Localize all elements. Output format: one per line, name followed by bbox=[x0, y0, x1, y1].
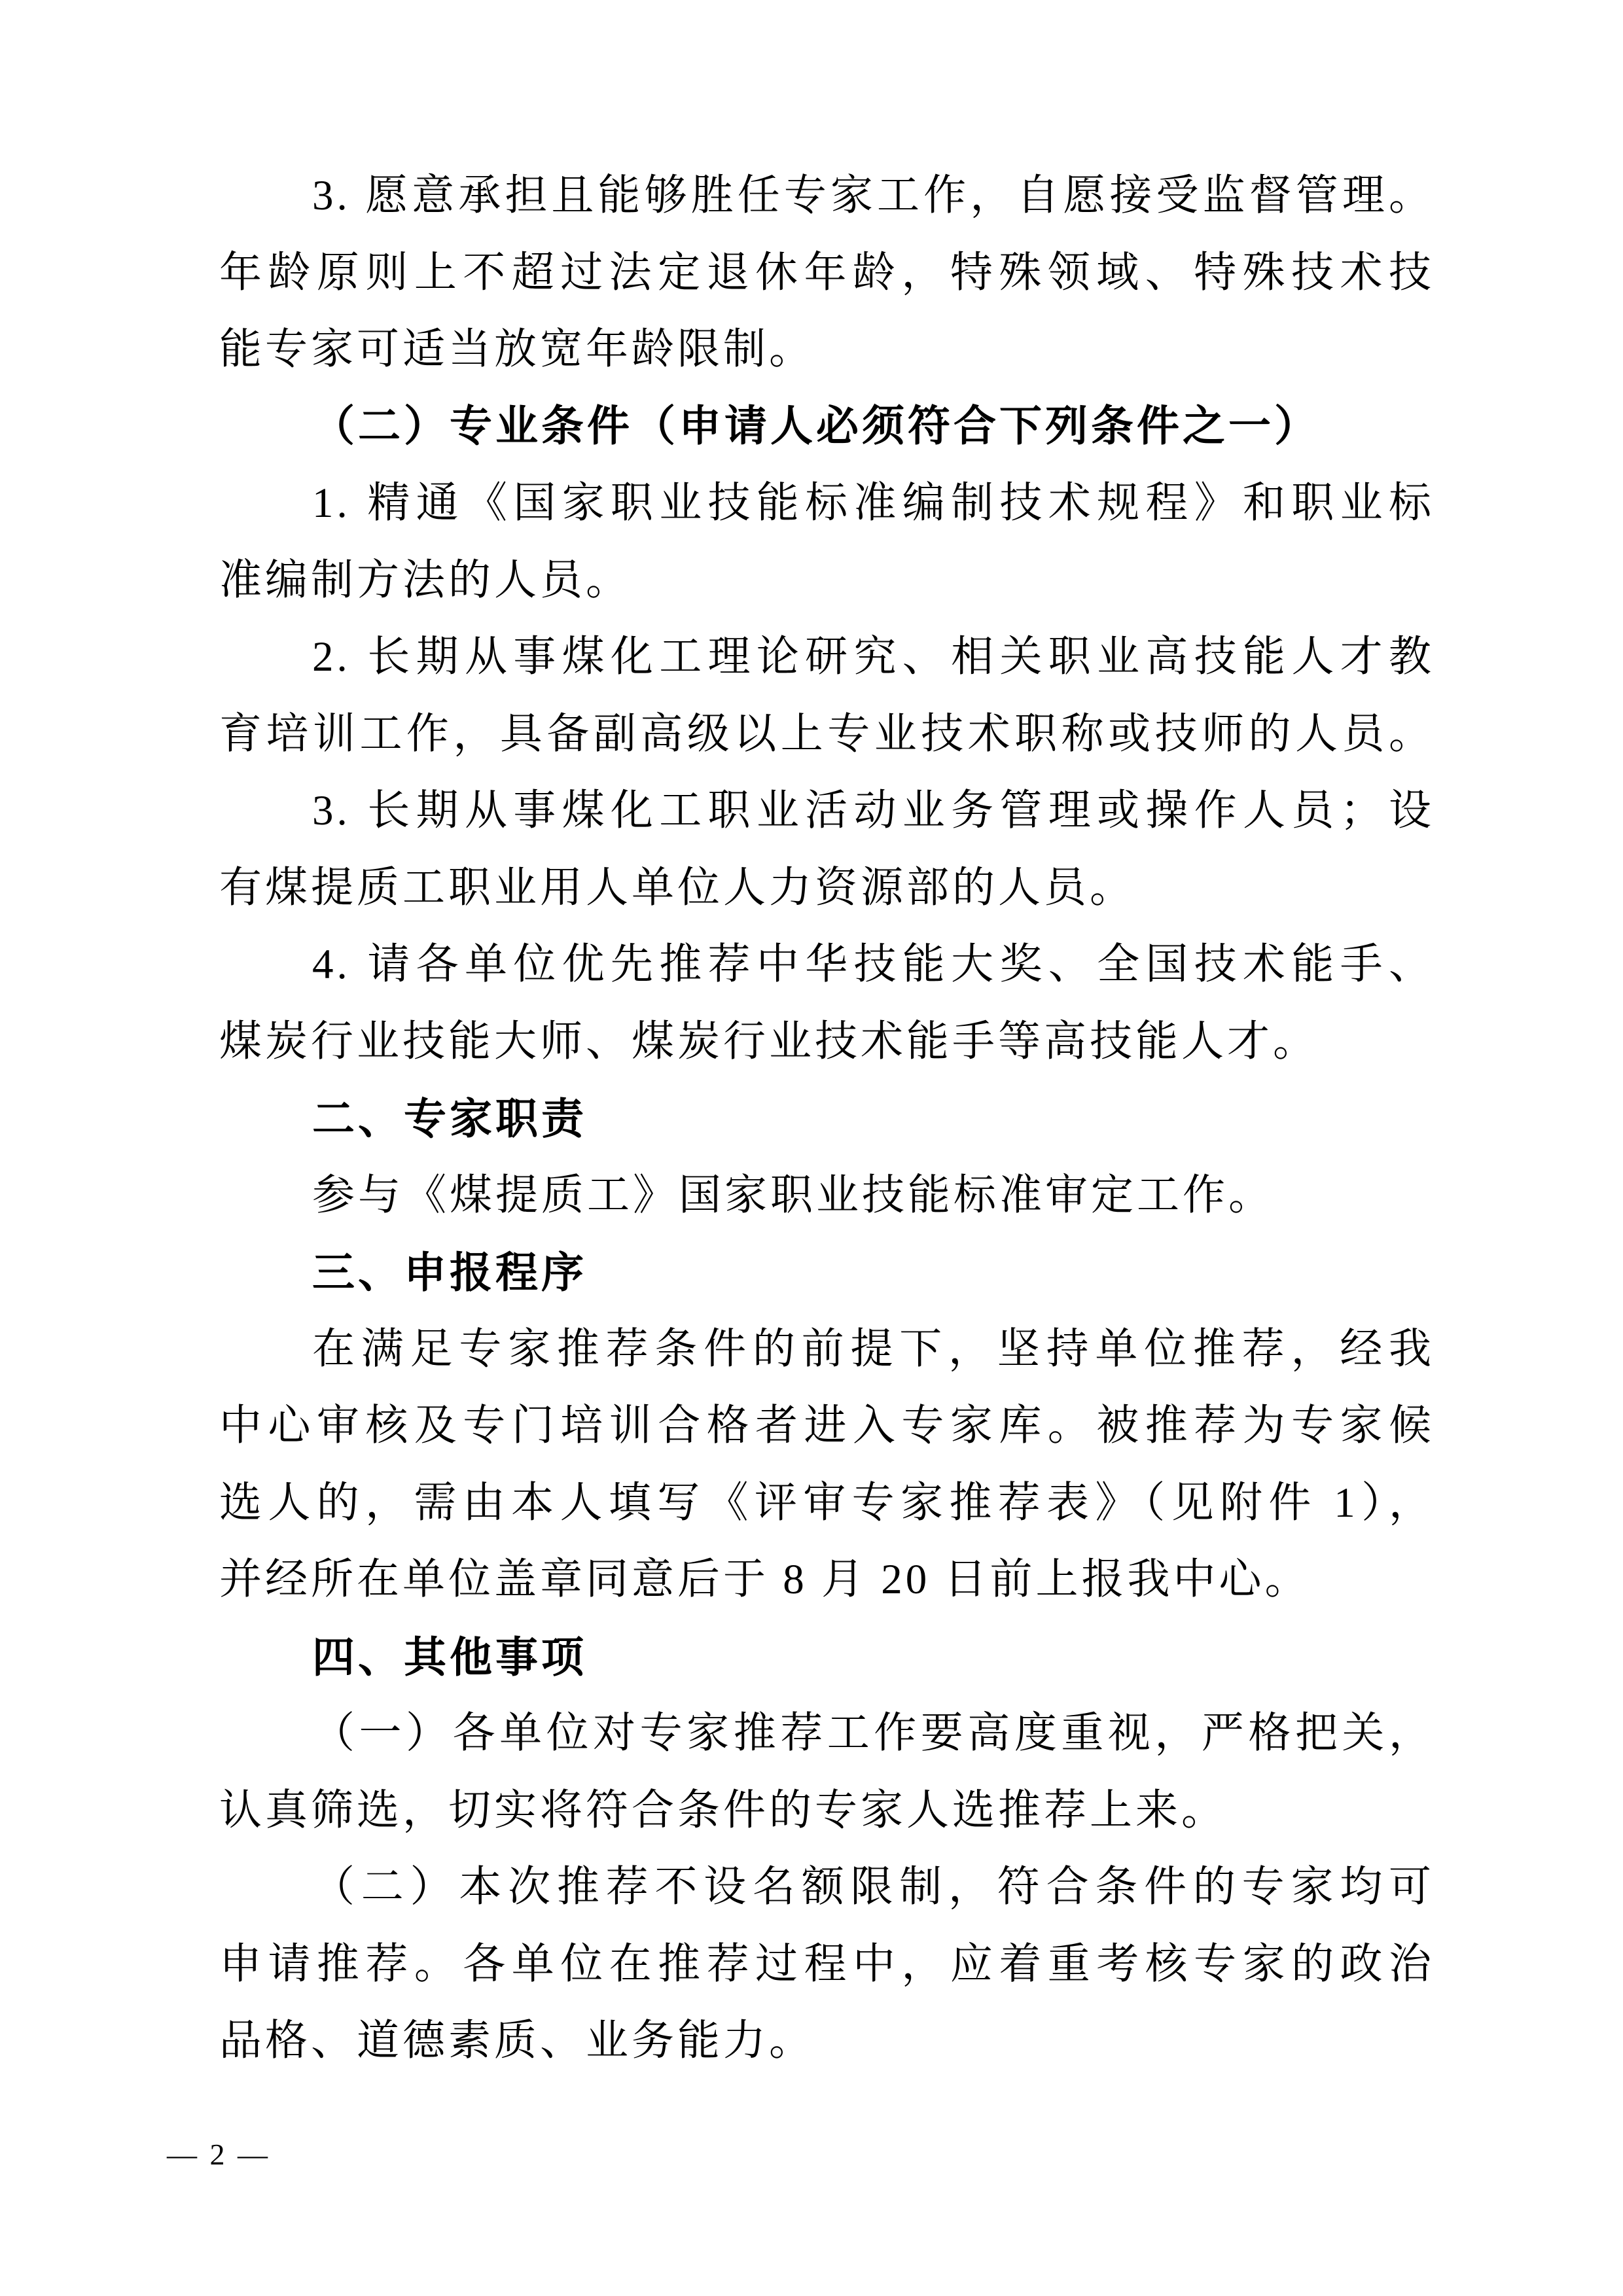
document-line: （二）本次推荐不设名额限制，符合条件的专家均可 bbox=[219, 1849, 1435, 1926]
document-line: 选人的，需由本人填写《评审专家推荐表》（见附件 1）， bbox=[219, 1465, 1435, 1542]
section-heading: 三、申报程序 bbox=[219, 1234, 1435, 1311]
document-line: 4. 请各单位优先推荐中华技能大奖、全国技术能手、 bbox=[219, 927, 1435, 1004]
document-line: 能专家可适当放宽年龄限制。 bbox=[219, 311, 1435, 389]
document-page: 3. 愿意承担且能够胜任专家工作，自愿接受监督管理。年龄原则上不超过法定退休年龄… bbox=[0, 0, 1623, 2296]
document-line: 育培训工作，具备副高级以上专业技术职称或技师的人员。 bbox=[219, 696, 1435, 773]
document-line: 煤炭行业技能大师、煤炭行业技术能手等高技能人才。 bbox=[219, 1004, 1435, 1081]
page-number: — 2 — bbox=[167, 2137, 270, 2172]
document-line: 2. 长期从事煤化工理论研究、相关职业高技能人才教 bbox=[219, 619, 1435, 696]
document-line: 并经所在单位盖章同意后于 8 月 20 日前上报我中心。 bbox=[219, 1542, 1435, 1619]
document-line: 3. 愿意承担且能够胜任专家工作，自愿接受监督管理。 bbox=[219, 158, 1435, 235]
document-line: 有煤提质工职业用人单位人力资源部的人员。 bbox=[219, 850, 1435, 927]
document-line: 1. 精通《国家职业技能标准编制技术规程》和职业标 bbox=[219, 465, 1435, 542]
section-heading: （二）专业条件（申请人必须符合下列条件之一） bbox=[219, 389, 1435, 466]
document-line: 3. 长期从事煤化工职业活动业务管理或操作人员；设 bbox=[219, 773, 1435, 850]
section-heading: 二、专家职责 bbox=[219, 1080, 1435, 1157]
document-line: 参与《煤提质工》国家职业技能标准审定工作。 bbox=[219, 1157, 1435, 1235]
document-body: 3. 愿意承担且能够胜任专家工作，自愿接受监督管理。年龄原则上不超过法定退休年龄… bbox=[219, 158, 1435, 2080]
document-line: （一）各单位对专家推荐工作要高度重视，严格把关， bbox=[219, 1695, 1435, 1773]
document-line: 中心审核及专门培训合格者进入专家库。被推荐为专家候 bbox=[219, 1388, 1435, 1465]
document-line: 年龄原则上不超过法定退休年龄，特殊领域、特殊技术技 bbox=[219, 235, 1435, 312]
document-line: 品格、道德素质、业务能力。 bbox=[219, 2003, 1435, 2080]
document-line: 申请推荐。各单位在推荐过程中，应着重考核专家的政治 bbox=[219, 1926, 1435, 2004]
document-line: 准编制方法的人员。 bbox=[219, 542, 1435, 620]
document-line: 在满足专家推荐条件的前提下，坚持单位推荐，经我 bbox=[219, 1311, 1435, 1388]
section-heading: 四、其他事项 bbox=[219, 1619, 1435, 1696]
document-line: 认真筛选，切实将符合条件的专家人选推荐上来。 bbox=[219, 1773, 1435, 1850]
